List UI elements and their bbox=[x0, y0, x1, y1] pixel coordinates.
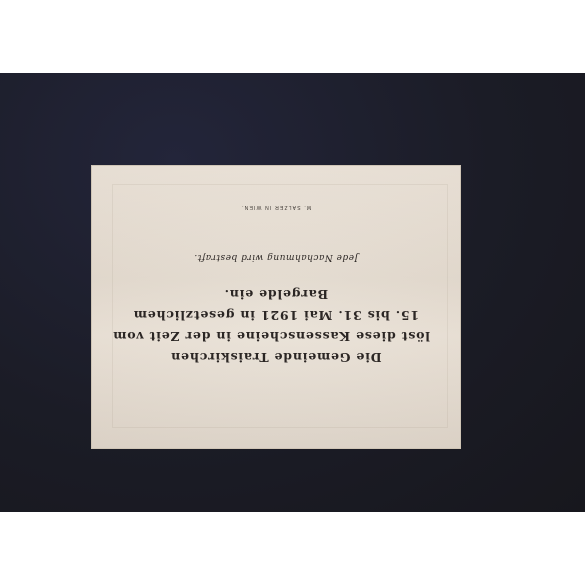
banknote-reverse: Die Gemeinde Traiskirchen löst diese Kas… bbox=[92, 166, 460, 448]
counterfeit-warning: Jede Nachahmung wird bestraft. bbox=[92, 252, 460, 262]
text-line: löst diese Kassenscheine in der Zeit vom bbox=[122, 326, 430, 347]
note-text-block: Die Gemeinde Traiskirchen löst diese Kas… bbox=[92, 166, 460, 448]
redemption-text: Die Gemeinde Traiskirchen löst diese Kas… bbox=[122, 284, 430, 368]
text-line: Bargelde ein. bbox=[122, 284, 430, 305]
printer-imprint: M. SALZER IN WIEN. bbox=[92, 204, 460, 210]
text-line: Die Gemeinde Traiskirchen bbox=[122, 347, 430, 368]
text-line: 15. bis 31. Mai 1921 in gesetzlichem bbox=[122, 305, 430, 326]
